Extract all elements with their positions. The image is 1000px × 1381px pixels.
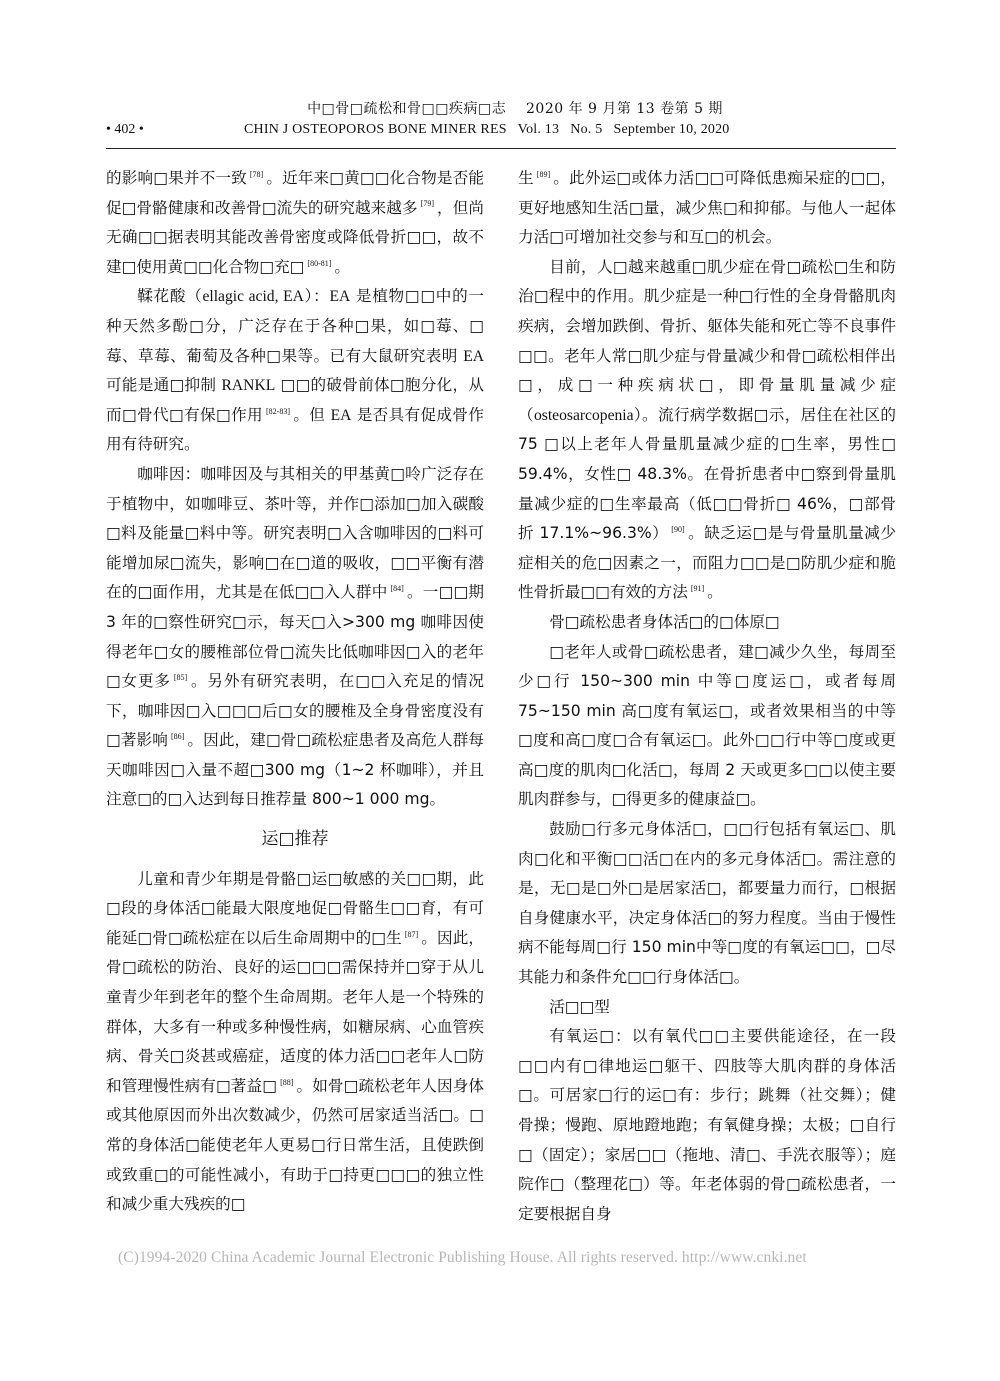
header-rule xyxy=(106,148,896,149)
paragraph-sarcopenia: 目前，人□越来越重□肌少症在骨□疏松□生和防治□程中的作用。肌少症是一种□行性的… xyxy=(518,253,896,608)
citation[interactable]: [84] xyxy=(390,584,403,593)
citation[interactable]: [78] xyxy=(250,170,263,179)
citation[interactable]: [90] xyxy=(671,525,684,534)
paragraph-weekly-exercise: □老年人或骨□疏松患者，建□减少久坐，每周至少□行 150~300 min 中等… xyxy=(518,638,896,816)
issue-number: No. 5 xyxy=(570,122,602,137)
citation[interactable]: [82-83] xyxy=(266,407,290,416)
running-header-cn: 中□骨□疏松和骨□□疾病□志 2020 年 9 月第 13 卷第 5 期 xyxy=(0,98,1000,118)
journal-title-en: CHIN J OSTEOPOROS BONE MINER RES Vol. 13… xyxy=(244,122,730,138)
copyright-watermark: (C)1994-2020 China Academic Journal Elec… xyxy=(118,1249,938,1267)
issue-info-cn: 2020 年 9 月第 13 卷第 5 期 xyxy=(526,101,723,117)
subheading-general-principles: 骨□疏松患者身体活□的□体原□ xyxy=(518,608,896,638)
citation[interactable]: [91] xyxy=(691,584,704,593)
citation[interactable]: [80-81] xyxy=(307,259,331,268)
publication-date: September 10, 2020 xyxy=(614,122,730,137)
paragraph-dementia-continued: 生[89]。此外运□或体力活□□可降低患痴呆症的□□，更好地感知生活□量，减少焦… xyxy=(518,164,896,253)
paragraph-flavonoids-end: 的影响□果并不一致[78]。近年来□黄□□化合物是否能促□骨骼健康和改善骨□流失… xyxy=(106,164,484,282)
paragraph-caffeine: 咖啡因：咖啡因及与其相关的甲基黄□呤广泛存在于植物中，如咖啡豆、茶叶等，并作□添… xyxy=(106,460,484,815)
citation[interactable]: [88] xyxy=(280,1078,293,1087)
citation[interactable]: [85] xyxy=(174,673,187,682)
journal-page: 中□骨□疏松和骨□□疾病□志 2020 年 9 月第 13 卷第 5 期 • 4… xyxy=(0,0,1000,1381)
right-column: 生[89]。此外运□或体力活□□可降低患痴呆症的□□，更好地感知生活□量，减少焦… xyxy=(518,164,896,1229)
citation[interactable]: [89] xyxy=(537,170,550,179)
page-number: • 402 • xyxy=(106,122,144,138)
left-column: 的影响□果并不一致[78]。近年来□黄□□化合物是否能促□骨骼健康和改善骨□流失… xyxy=(106,164,484,1220)
citation[interactable]: [87] xyxy=(405,930,418,939)
subheading-activity-types: 活□□型 xyxy=(518,993,896,1023)
volume: Vol. 13 xyxy=(518,122,560,137)
paragraph-exercise-lifecycle: 儿童和青少年期是骨骼□运□敏感的关□□期，此□段的身体活□能最大限度地促□骨骼生… xyxy=(106,865,484,1220)
section-heading: 运□推荐 xyxy=(106,825,484,855)
paragraph-ellagic-acid: 鞣花酸（ellagic acid, EA）：EA 是植物□□中的一种天然多酚□分… xyxy=(106,282,484,460)
journal-title-cn: 中□骨□疏松和骨□□疾病□志 xyxy=(307,101,506,117)
citation[interactable]: [79] xyxy=(421,199,434,208)
citation[interactable]: [86] xyxy=(171,732,184,741)
paragraph-aerobic: 有氧运□：以有氧代□□主要供能途径，在一段□□内有□律地运□躯干、四肢等大肌肉群… xyxy=(518,1022,896,1229)
paragraph-multicomponent: 鼓励□行多元身体活□，□□行包括有氧运□、肌肉□化和平衡□□活□在内的多元身体活… xyxy=(518,815,896,993)
